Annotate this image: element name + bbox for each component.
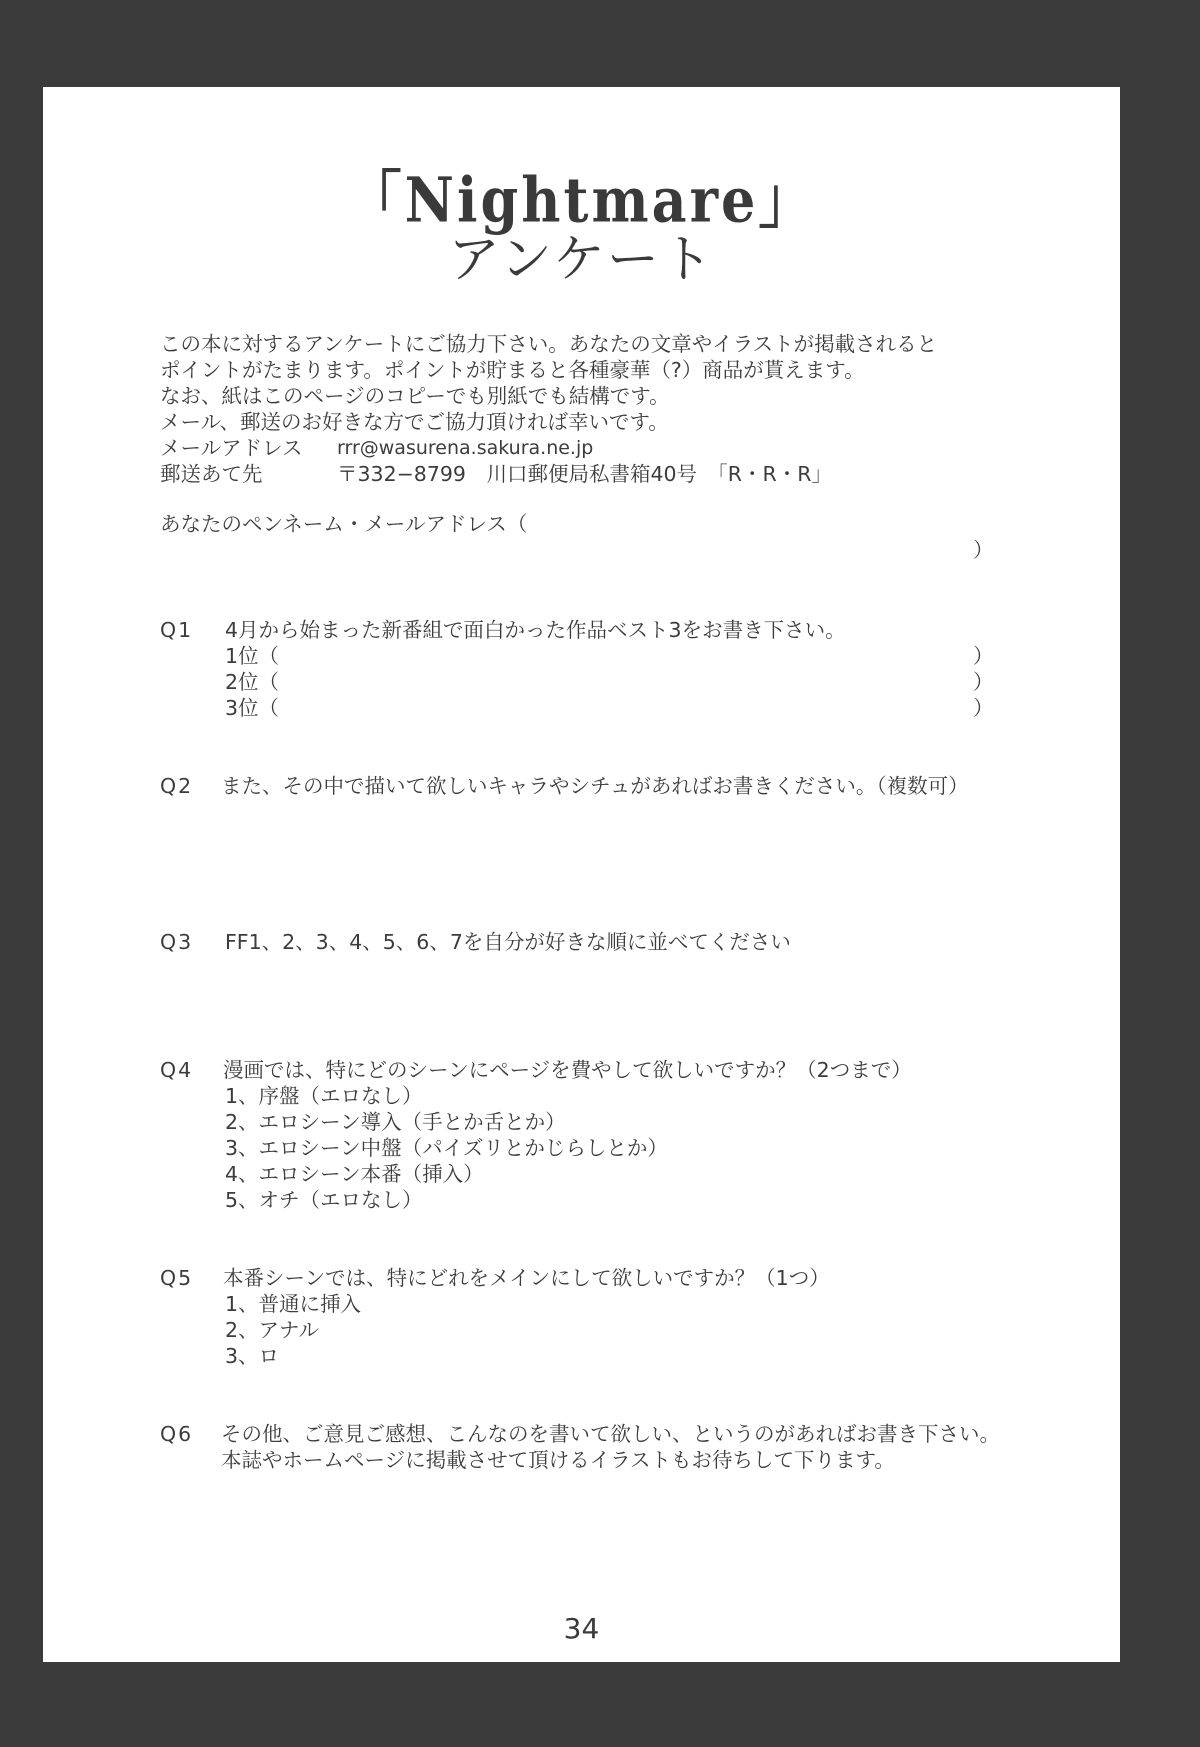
survey-page: 「Nightmare」 アンケート この本に対するアンケートにご協力下さい。あな… [43,87,1120,1662]
email-label: メールアドレス [160,435,302,461]
q5-option-2: 2、アナル [225,1317,319,1343]
q4-option-1: 1、序盤（エロなし） [225,1083,423,1109]
q6-text: その他、ご意見ご感想、こんなのを書いて欲しい、というのがあればお書き下さい。 [221,1421,1000,1447]
title-sub: アンケート [43,217,1120,292]
q4-option-4: 4、エロシーン本番（挿入） [225,1161,484,1187]
intro-line-3: なお、紙はこのページのコピーでも別紙でも結構です。 [160,383,670,409]
email-value[interactable]: rrr@wasurena.sakura.ne.jp [337,435,593,461]
q1-item-3: 3位（ [225,695,279,721]
penname-label: あなたのペンネーム・メールアドレス（ [160,511,527,537]
q1-item-1: 1位（ [225,643,279,669]
q4-text: 漫画では、特にどのシーンにページを費やして欲しいですか？（2つまで） [223,1057,912,1083]
intro-line-2: ポイントがたまります。ポイントが貯まると各種豪華（?）商品が貰えます。 [160,357,865,383]
intro-line-1: この本に対するアンケートにご協力下さい。あなたの文章やイラストが掲載されると [160,331,937,357]
q1-item-2-close: ） [973,669,994,695]
q1-item-3-close: ） [973,695,994,721]
q6-label: Q6 [160,1421,193,1447]
q1-text: 4月から始まった新番組で面白かった作品ベスト3をお書き下さい。 [225,617,846,643]
postal-value: 〒332−8799 川口郵便局私書箱40号 「R・R・R」 [337,461,832,487]
postal-label: 郵送あて先 [160,461,263,487]
q1-item-1-close: ） [973,643,994,669]
q3-text: FF1、2、3、4、5、6、7を自分が好きな順に並べてください [225,929,791,955]
q5-option-3: 3、ロ [225,1343,279,1369]
intro-line-4: メール、郵送のお好きな方でご協力頂ければ幸いです。 [160,409,669,435]
q4-option-5: 5、オチ（エロなし） [225,1187,423,1213]
penname-close-paren: ） [973,537,994,563]
q1-label: Q1 [160,617,193,643]
q4-label: Q4 [160,1057,193,1083]
page-number: 34 [43,1612,1120,1645]
q5-text: 本番シーンでは、特にどれをメインにして欲しいですか？（1つ） [223,1265,830,1291]
q4-option-3: 3、エロシーン中盤（パイズリとかじらしとか） [225,1135,668,1161]
q3-label: Q3 [160,929,193,955]
q6-text-2: 本誌やホームページに掲載させて頂けるイラストもお待ちして下ります。 [221,1447,895,1473]
q2-label: Q2 [160,773,193,799]
q4-option-2: 2、エロシーン導入（手とか舌とか） [225,1109,566,1135]
q2-text: また、その中で描いて欲しいキャラやシチュがあればお書きください。（複数可） [221,773,969,799]
q1-item-2: 2位（ [225,669,279,695]
q5-label: Q5 [160,1265,193,1291]
q5-option-1: 1、普通に挿入 [225,1291,361,1317]
